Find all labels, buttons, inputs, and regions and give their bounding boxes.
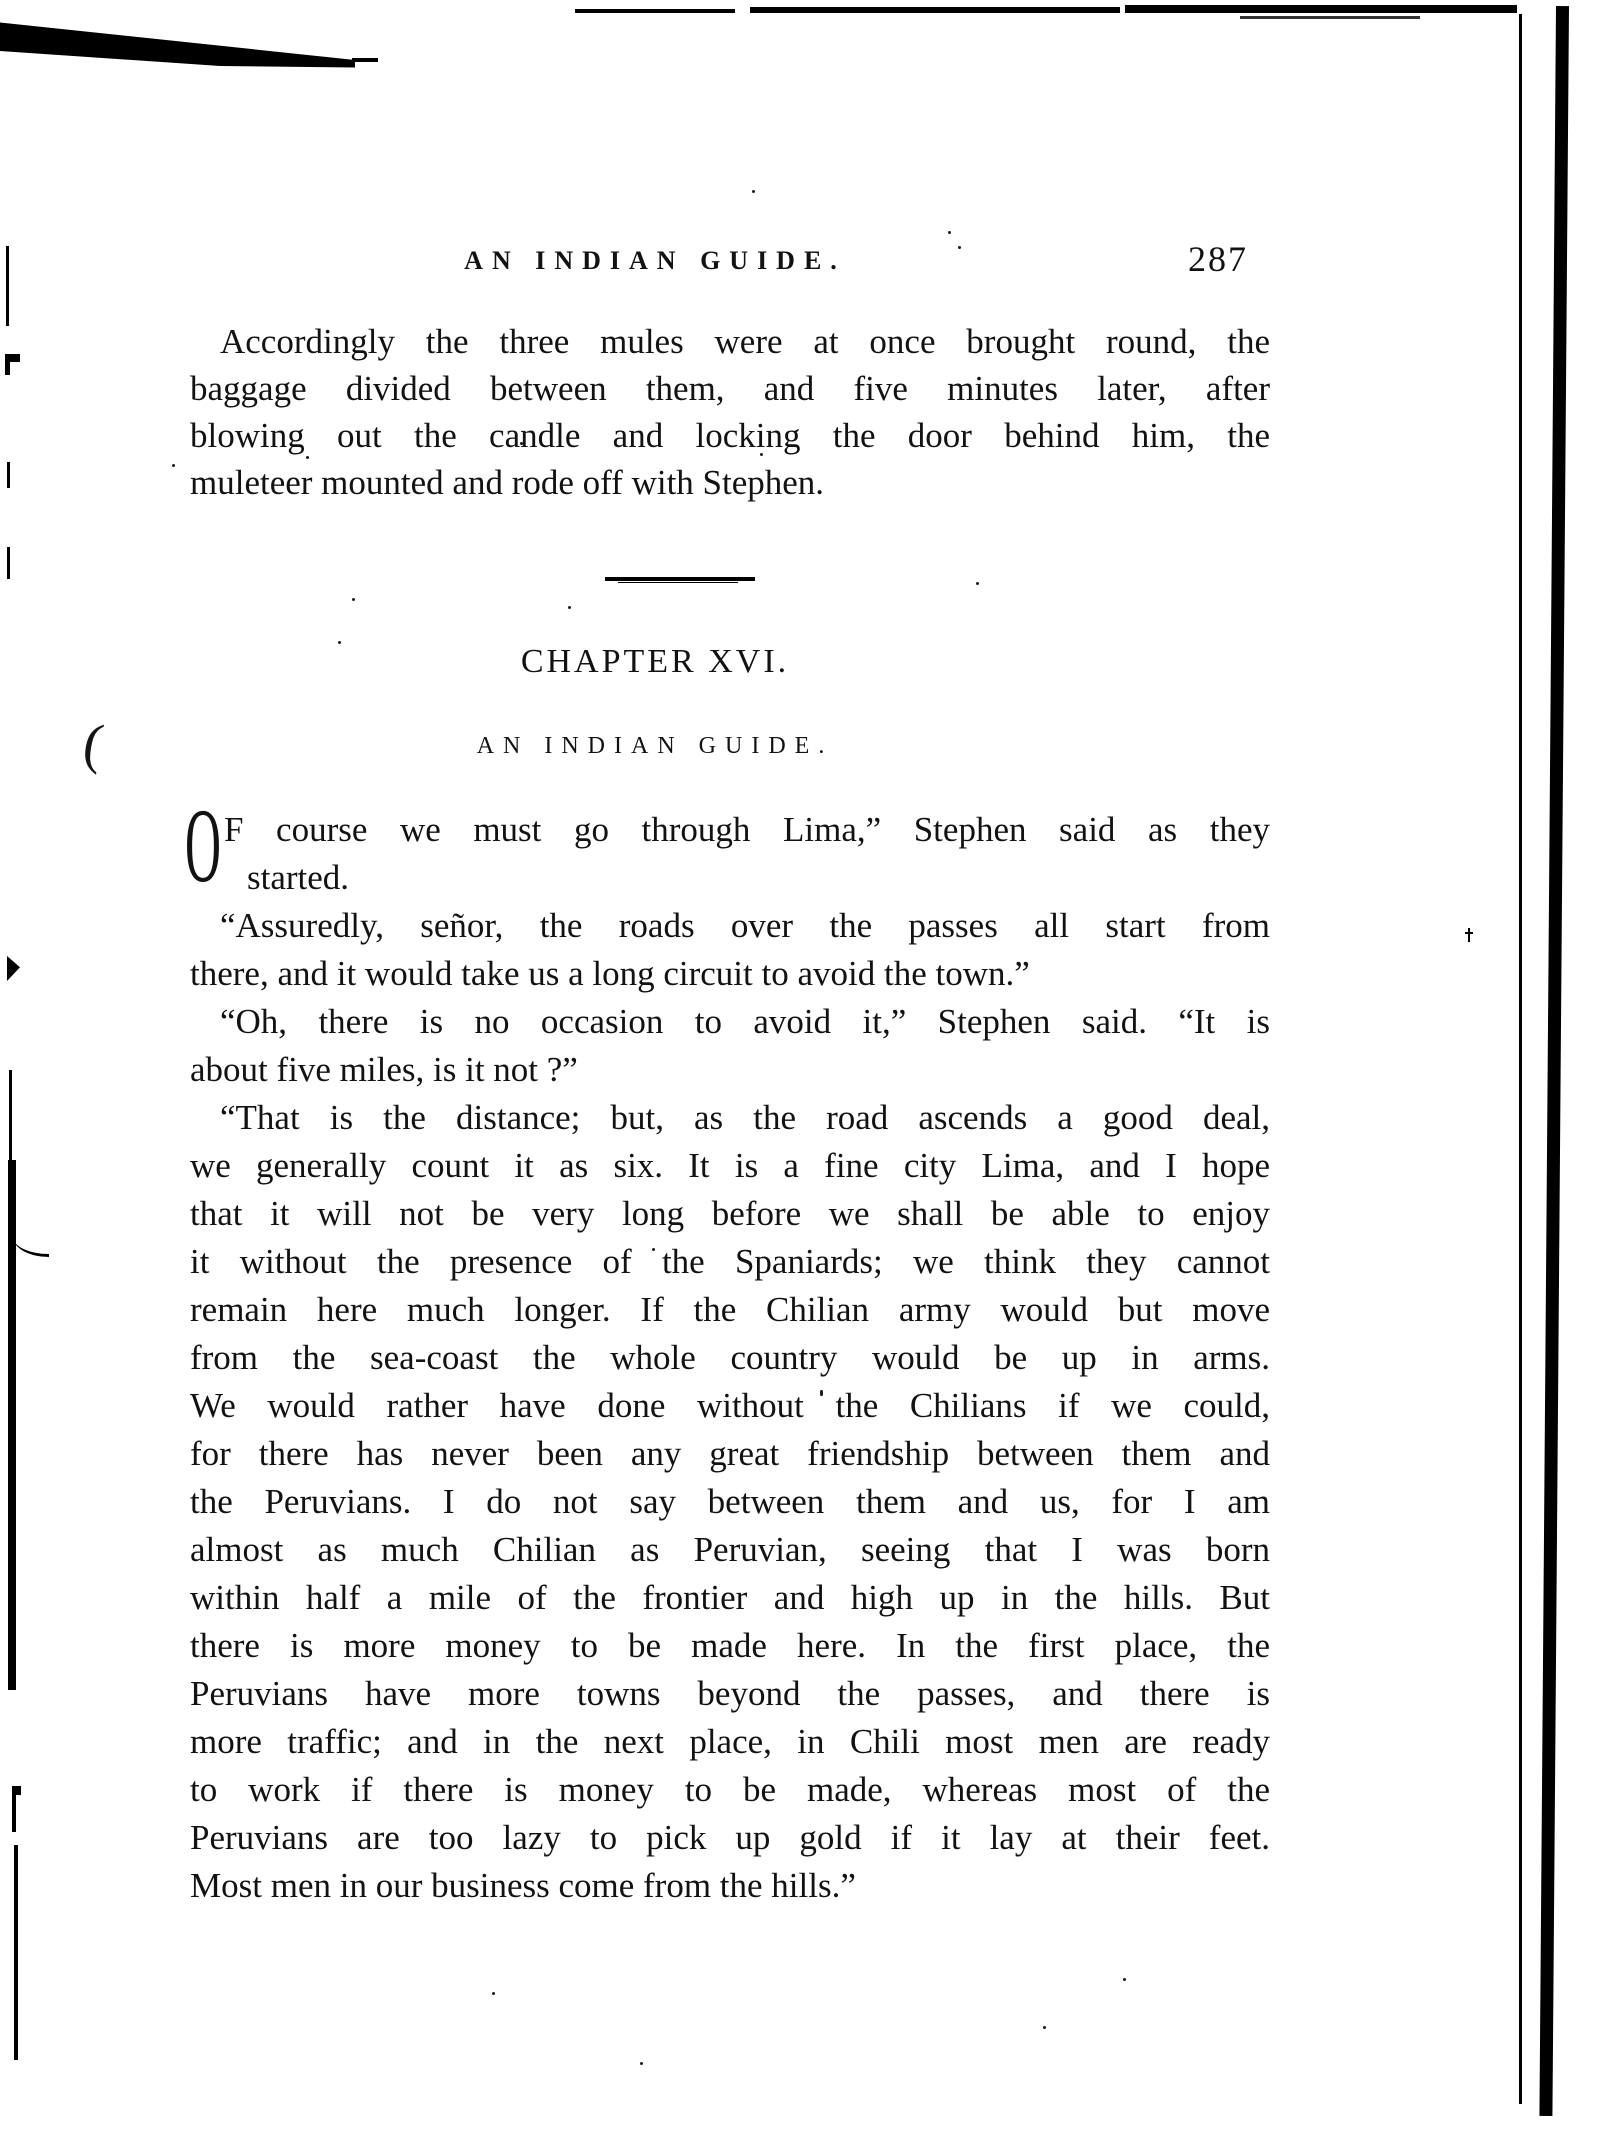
scan-artifact-right-thin-line bbox=[1519, 14, 1522, 2104]
text-line: for there has never been any great frien… bbox=[190, 1430, 1270, 1478]
page-number: 287 bbox=[1188, 238, 1248, 280]
scan-artifact-top-line-1 bbox=[575, 9, 735, 13]
chapter-heading: CHAPTER XVI. bbox=[190, 643, 1120, 681]
text-line: that it will not be very long before we … bbox=[190, 1190, 1270, 1238]
scan-speck bbox=[492, 1992, 495, 1995]
scan-artifact-paren-mark: ( bbox=[79, 711, 107, 777]
scan-speck bbox=[976, 582, 979, 585]
scan-speck bbox=[1123, 1978, 1126, 1981]
scan-artifact-right-thick-bar bbox=[1539, 6, 1569, 2116]
scan-artifact-top-line-3 bbox=[1125, 5, 1517, 13]
text-line: the Peruvians. I do not say between them… bbox=[190, 1478, 1270, 1526]
text-line: from the sea-coast the whole country wou… bbox=[190, 1334, 1270, 1382]
text-line: about five miles, is it not ?” bbox=[190, 1046, 1270, 1094]
text-line: there is more money to be made here. In … bbox=[190, 1622, 1270, 1670]
text-line: Most men in our business come from the h… bbox=[190, 1862, 1270, 1910]
scan-speck bbox=[1043, 2026, 1046, 2029]
chapter-body: F course we must go through Lima,” Steph… bbox=[190, 806, 1270, 1910]
text-line: started. bbox=[190, 854, 1270, 902]
section-divider-rule bbox=[605, 577, 755, 581]
text-line: muleteer mounted and rode off with Steph… bbox=[190, 459, 1270, 506]
text-line: “Assuredly, señor, the roads over the pa… bbox=[190, 902, 1270, 950]
text-line: within half a mile of the frontier and h… bbox=[190, 1574, 1270, 1622]
scan-speck bbox=[172, 464, 175, 467]
scan-artifact-hook bbox=[13, 1237, 49, 1257]
text-line: to work if there is money to be made, wh… bbox=[190, 1766, 1270, 1814]
text-line: “Oh, there is no occasion to avoid it,” … bbox=[190, 998, 1270, 1046]
scan-artifact-top-left-wedge bbox=[0, 20, 355, 70]
text-line: there, and it would take us a long circu… bbox=[190, 950, 1270, 998]
text-line: baggage divided between them, and five m… bbox=[190, 365, 1270, 412]
scan-artifact-left-streak-3 bbox=[7, 547, 10, 579]
text-line: Peruvians are too lazy to pick up gold i… bbox=[190, 1814, 1270, 1862]
scan-artifact-top-line-2 bbox=[750, 7, 1120, 13]
scan-speck bbox=[352, 598, 355, 601]
text-line: blowing out the candle and locking the d… bbox=[190, 412, 1270, 459]
text-line: it without the presence of the Spaniards… bbox=[190, 1238, 1270, 1286]
text-line: almost as much Chilian as Peruvian, seei… bbox=[190, 1526, 1270, 1574]
scan-speck bbox=[640, 2062, 643, 2065]
scan-artifact-left-streak-2 bbox=[7, 462, 10, 488]
scan-artifact-left-flag2-b bbox=[12, 1794, 16, 1832]
text-line: F course we must go through Lima,” Steph… bbox=[190, 806, 1270, 854]
scan-artifact-top-speckle bbox=[1240, 16, 1420, 19]
scan-artifact-right-mark-a bbox=[1468, 928, 1470, 942]
scan-speck bbox=[568, 606, 571, 609]
running-head: AN INDIAN GUIDE. bbox=[190, 246, 1120, 276]
text-line: Peruvians have more towns beyond the pas… bbox=[190, 1670, 1270, 1718]
text-line: We would rather have done without the Ch… bbox=[190, 1382, 1270, 1430]
scan-artifact-left-triangle bbox=[7, 956, 20, 981]
text-line: remain here much longer. If the Chilian … bbox=[190, 1286, 1270, 1334]
scanned-book-page: AN INDIAN GUIDE. 287 Accordingly the thr… bbox=[0, 0, 1599, 2143]
scan-artifact-left-streak-1 bbox=[6, 246, 9, 326]
text-line: “That is the distance; but, as the road … bbox=[190, 1094, 1270, 1142]
scan-artifact-left-streak-6 bbox=[14, 1845, 18, 2060]
text-line: Accordingly the three mules were at once… bbox=[190, 318, 1270, 365]
scan-artifact-top-dash bbox=[352, 58, 378, 62]
text-line: more traffic; and in the next place, in … bbox=[190, 1718, 1270, 1766]
scan-speck bbox=[948, 231, 951, 234]
scan-artifact-left-flag-b bbox=[5, 354, 10, 375]
scan-artifact-left-streak-4 bbox=[9, 1070, 12, 1165]
scan-speck bbox=[752, 190, 755, 193]
chapter-subheading: AN INDIAN GUIDE. bbox=[190, 733, 1120, 760]
section-divider-rule-shadow bbox=[618, 582, 738, 583]
text-line: we generally count it as six. It is a fi… bbox=[190, 1142, 1270, 1190]
scan-artifact-right-mark-b bbox=[1465, 932, 1473, 934]
intro-paragraph: Accordingly the three mules were at once… bbox=[190, 318, 1270, 506]
